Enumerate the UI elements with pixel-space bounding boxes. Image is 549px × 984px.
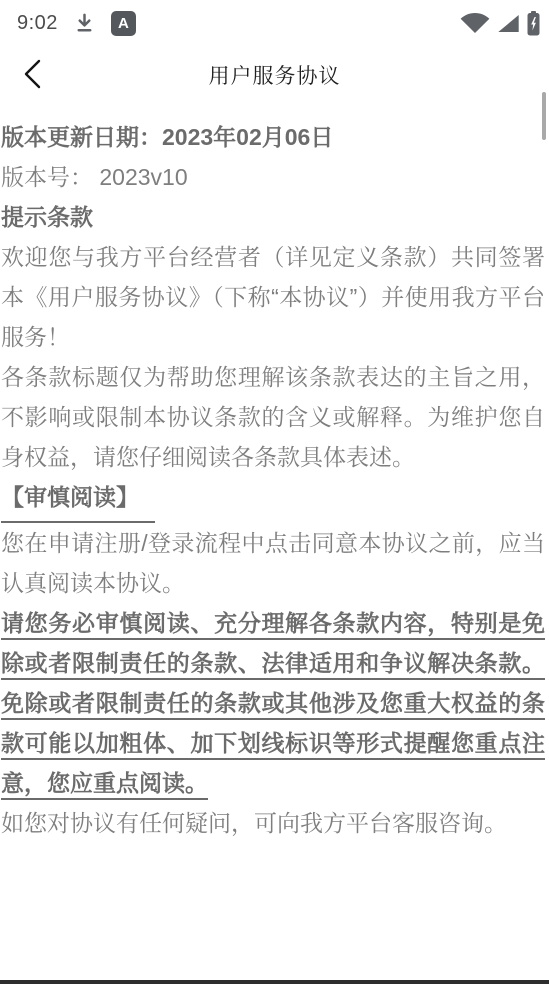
version-date-line: 版本更新日期：2023年02月06日: [1, 117, 545, 157]
scrollbar-thumb[interactable]: [542, 92, 546, 140]
welcome-paragraph: 欢迎您与我方平台经营者（详见定义条款）共同签署本《用户服务协议》（下称“本协议”…: [1, 237, 545, 357]
header: 用户服务协议: [0, 42, 549, 108]
letter-a-badge-icon: A: [111, 11, 136, 36]
app-screen: 9:02 A: [0, 0, 549, 984]
careful-reading-heading: 【审慎阅读】: [1, 477, 545, 523]
status-bar: 9:02 A: [0, 0, 549, 42]
careful-reading-body: 您在申请注册/登录流程中点击同意本协议之前，应当认真阅读本协议。: [1, 523, 545, 603]
status-bar-right: [460, 11, 540, 36]
download-icon: [73, 12, 96, 35]
version-number-line: 版本号： 2023v10: [1, 157, 545, 197]
careful-reading-heading-text: 【审慎阅读】: [1, 477, 155, 523]
wifi-icon: [460, 13, 490, 33]
titles-note-paragraph: 各条款标题仅为帮助您理解该条款表达的主旨之用，不影响或限制本协议条款的含义或解释…: [1, 357, 545, 477]
cellular-signal-icon: [498, 15, 519, 32]
battery-charging-icon: [527, 11, 540, 36]
bottom-edge-bar: [0, 980, 549, 984]
agreement-content: 版本更新日期：2023年02月06日 版本号： 2023v10 提示条款 欢迎您…: [0, 108, 549, 843]
emphasis-paragraph: 请您务必审慎阅读、充分理解各条款内容，特别是免除或者限制责任的条款、法律适用和争…: [1, 603, 545, 803]
chevron-left-icon: [22, 58, 46, 93]
status-bar-left: 9:02 A: [17, 11, 136, 36]
notice-heading: 提示条款: [1, 197, 545, 237]
contact-paragraph: 如您对协议有任何疑问，可向我方平台客服咨询。: [1, 803, 545, 843]
back-button[interactable]: [14, 55, 54, 95]
status-time: 9:02: [17, 12, 58, 35]
page-title: 用户服务协议: [209, 60, 341, 90]
